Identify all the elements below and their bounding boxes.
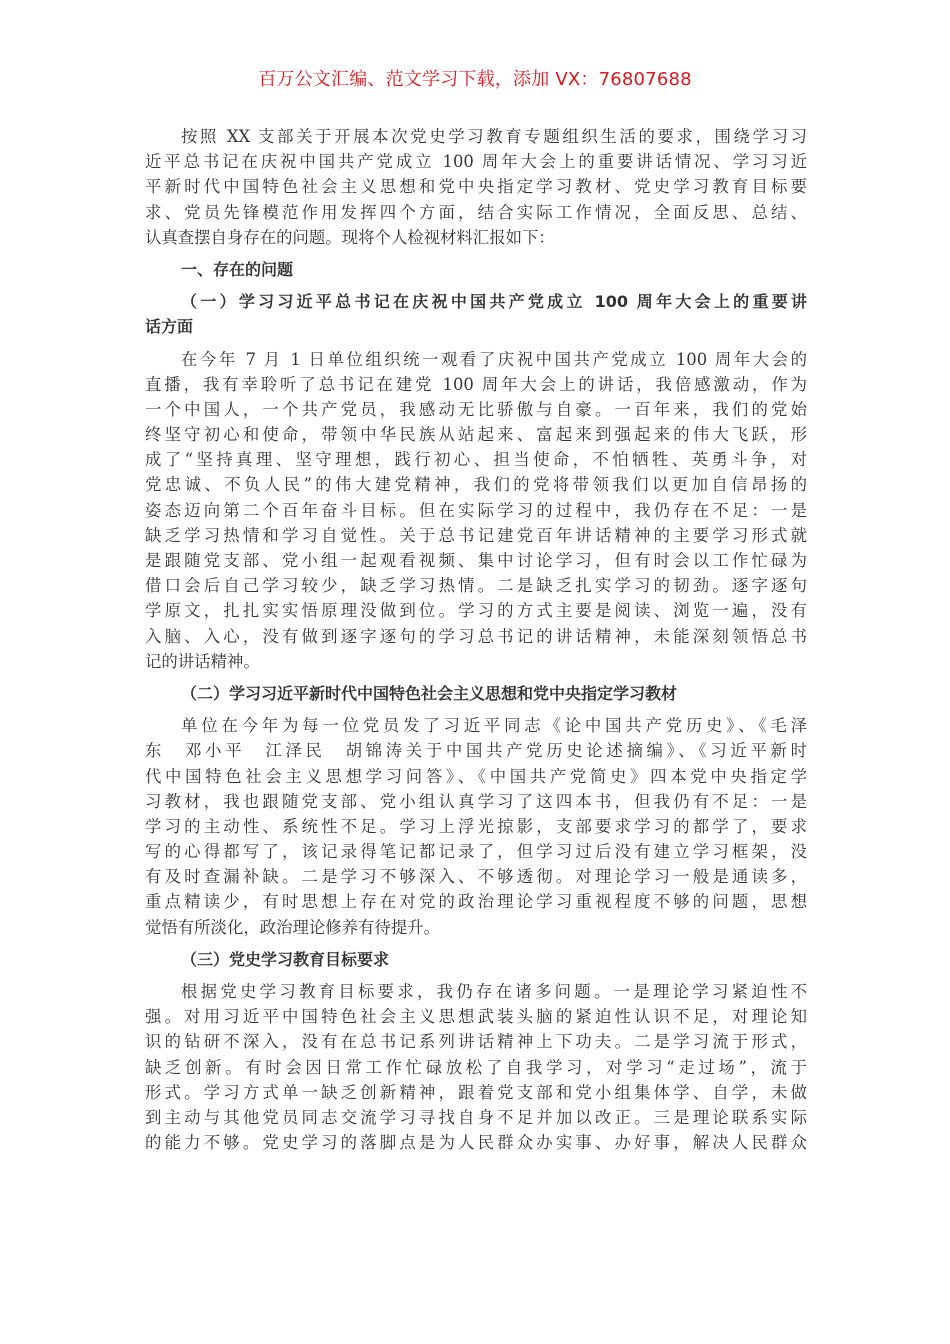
text-line: 姿态迈向第二个百年奋斗目标。但在实际学习的过程中，我仍存在不足：一是 xyxy=(145,498,807,523)
text-line: 根据党史学习教育目标要求，我仍存在诸多问题。一是理论学习紧迫性不 xyxy=(145,979,807,1004)
subsection-heading: （一）学习习近平总书记在庆祝中国共产党成立 100 周年大会上的重要讲 话方面 xyxy=(145,289,807,339)
text-line: 求、党员先锋模范作用发挥四个方面，结合实际工作情况，全面反思、总结、 xyxy=(145,200,807,225)
text-line: 到主动与其他党员同志交流学习寻找自身不足并加以改正。三是理论联系实际 xyxy=(145,1105,807,1130)
text-line: 识的钻研不深入，没有在总书记系列讲话精神上下功夫。二是学习流于形式， xyxy=(145,1029,807,1054)
text-line: 是跟随党支部、党小组一起观看视频、集中讨论学习，但有时会以工作忙碌为 xyxy=(145,548,807,573)
text-line: 的能力不够。党史学习的落脚点是为人民群众办实事、办好事，解决人民群众 xyxy=(145,1130,807,1155)
text-line: 觉悟有所淡化，政治理论修养有待提升。 xyxy=(145,915,807,940)
text-line: 终坚守初心和使命，带领中华民族从站起来、富起来到强起来的伟大飞跃，形 xyxy=(145,422,807,447)
section-heading: 一、存在的问题 xyxy=(145,257,807,282)
text-line: 重点精读少，有时思想上存在对党的政治理论学习重视程度不够的问题，思想 xyxy=(145,889,807,914)
text-line: 东 邓小平 江泽民 胡锦涛关于中国共产党历史论述摘编》、《习近平新时 xyxy=(145,738,807,763)
text-line: 强。对用习近平中国特色社会主义思想武装头脑的紧迫性认识不足，对理论知 xyxy=(145,1004,807,1029)
text-line: 认真查摆自身存在的问题。现将个人检视材料汇报如下： xyxy=(145,225,807,250)
document-page: 百万公文汇编、范文学习下载，添加 VX：76807688 按照 XX 支部关于开… xyxy=(0,0,950,1344)
subsection-title-line: 话方面 xyxy=(145,314,807,339)
text-line: 单位在今年为每一位党员发了习近平同志《论中国共产党历史》、《毛泽 xyxy=(145,713,807,738)
subsection-title-line: （一）学习习近平总书记在庆祝中国共产党成立 100 周年大会上的重要讲 xyxy=(145,289,807,314)
text-line: 记的讲话精神。 xyxy=(145,649,807,674)
subsection-heading: （二）学习习近平新时代中国特色社会主义思想和党中央指定学习教材 xyxy=(145,681,807,706)
subsection-heading: （三）党史学习教育目标要求 xyxy=(145,947,807,972)
paragraph: 根据党史学习教育目标要求，我仍存在诸多问题。一是理论学习紧迫性不 强。对用习近平… xyxy=(145,979,807,1155)
text-line: 缺乏学习热情和学习自觉性。关于总书记建党百年讲话精神的主要学习形式就 xyxy=(145,523,807,548)
text-line: 学习的主动性、系统性不足。学习上浮光掠影，支部要求学习的都学了，要求 xyxy=(145,814,807,839)
text-line: 平新时代中国特色社会主义思想和党中央指定学习教材、党史学习教育目标要 xyxy=(145,174,807,199)
intro-paragraph: 按照 XX 支部关于开展本次党史学习教育专题组织生活的要求，围绕学习习 近平总书… xyxy=(145,124,807,250)
text-line: 近平总书记在庆祝中国共产党成立 100 周年大会上的重要讲话情况、学习习近 xyxy=(145,149,807,174)
document-body: 按照 XX 支部关于开展本次党史学习教育专题组织生活的要求，围绕学习习 近平总书… xyxy=(145,124,807,1155)
text-line: 按照 XX 支部关于开展本次党史学习教育专题组织生活的要求，围绕学习习 xyxy=(145,124,807,149)
text-line: 形式。学习方式单一缺乏创新精神，跟着党支部和党小组集体学、自学，未做 xyxy=(145,1080,807,1105)
text-line: 有及时查漏补缺。二是学习不够深入、不够透彻。对理论学习一般是通读多， xyxy=(145,864,807,889)
text-line: 在今年 7 月 1 日单位组织统一观看了庆祝中国共产党成立 100 周年大会的 xyxy=(145,347,807,372)
text-line: 借口会后自己学习较少，缺乏学习热情。二是缺乏扎实学习的韧劲。逐字逐句 xyxy=(145,573,807,598)
text-line: 成了“坚持真理、坚守理想，践行初心、担当使命，不怕牺牲、英勇斗争，对 xyxy=(145,447,807,472)
paragraph: 单位在今年为每一位党员发了习近平同志《论中国共产党历史》、《毛泽 东 邓小平 江… xyxy=(145,713,807,940)
text-line: 一个中国人，一个共产党员，我感动无比骄傲与自豪。一百年来，我们的党始 xyxy=(145,397,807,422)
text-line: 学原文，扎扎实实悟原理没做到位。学习的方式主要是阅读、浏览一遍，没有 xyxy=(145,598,807,623)
watermark-header: 百万公文汇编、范文学习下载，添加 VX：76807688 xyxy=(0,66,950,94)
text-line: 习教材，我也跟随党支部、党小组认真学习了这四本书，但我仍有不足：一是 xyxy=(145,789,807,814)
text-line: 党忠诚、不负人民”的伟大建党精神，我们的党将带领我们以更加自信昂扬的 xyxy=(145,472,807,497)
text-line: 写的心得都写了，该记录得笔记都记录了，但学习过后没有建立学习框架，没 xyxy=(145,839,807,864)
text-line: 缺乏创新。有时会因日常工作忙碌放松了自我学习，对学习“走过场”，流于 xyxy=(145,1055,807,1080)
text-line: 直播，我有幸聆听了总书记在建党 100 周年大会上的讲话，我倍感激动，作为 xyxy=(145,372,807,397)
text-line: 代中国特色社会主义思想学习问答》、《中国共产党简史》四本党中央指定学 xyxy=(145,764,807,789)
text-line: 入脑、入心，没有做到逐字逐句的学习总书记的讲话精神，未能深刻领悟总书 xyxy=(145,624,807,649)
paragraph: 在今年 7 月 1 日单位组织统一观看了庆祝中国共产党成立 100 周年大会的 … xyxy=(145,347,807,674)
